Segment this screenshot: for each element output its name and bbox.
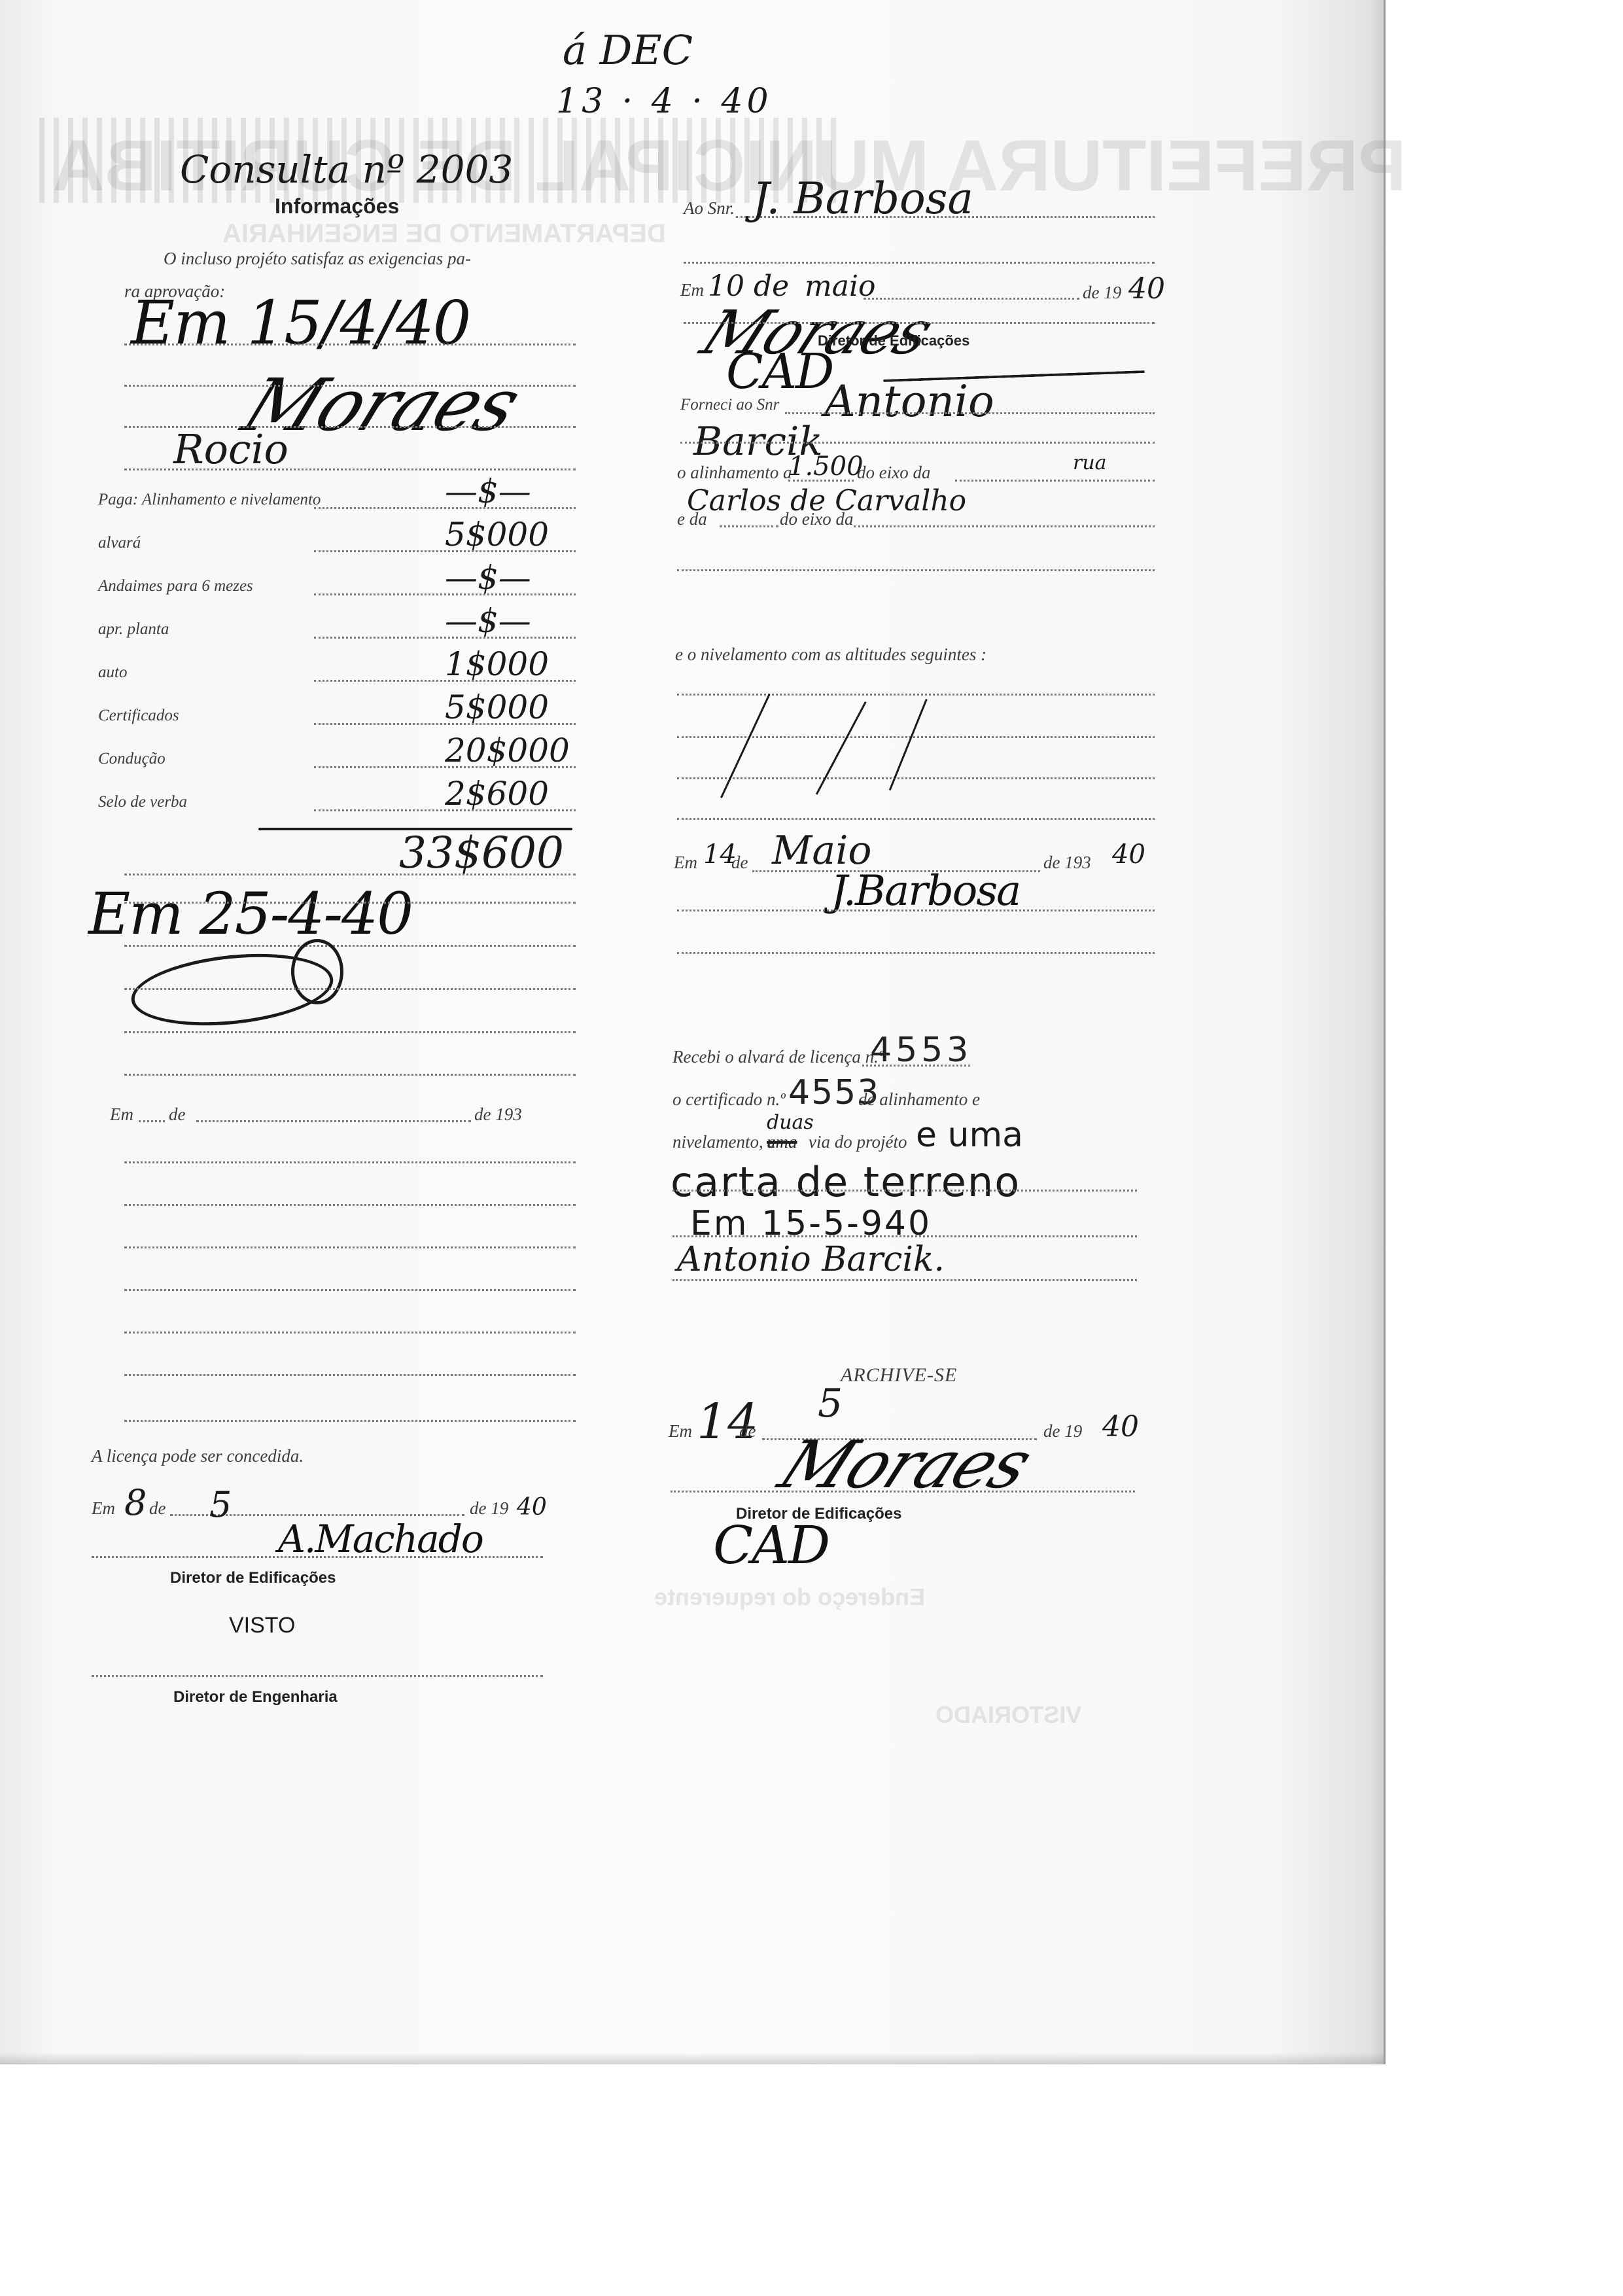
dotted-line xyxy=(720,525,778,527)
dotted-line xyxy=(862,1065,970,1067)
dotted-line xyxy=(124,1374,576,1376)
fee-label: alvará xyxy=(98,534,141,552)
fee-value: 2$600 xyxy=(445,775,549,813)
em-year: 40 xyxy=(1128,272,1165,306)
dotted-line xyxy=(124,945,576,947)
dotted-line xyxy=(139,1120,165,1122)
nivelamento-text: e o nivelamento com as altitudes seguint… xyxy=(675,645,986,665)
fee-label: apr. planta xyxy=(98,620,169,639)
em-de: de 19 xyxy=(1083,283,1121,303)
dotted-line xyxy=(684,322,1155,324)
alinhamento-label: o alinhamento a xyxy=(677,463,792,483)
forneci-value-1: Antonio xyxy=(824,376,994,427)
fee-value: —$— xyxy=(445,602,531,640)
receipt-line6-hand: Antonio Barcik. xyxy=(677,1240,945,1279)
signature-rocio: Rocio xyxy=(173,425,288,473)
receipt-line4-hand: carta de terreno xyxy=(671,1158,1021,1206)
archive-date-year: 40 xyxy=(1102,1410,1139,1443)
dotted-line xyxy=(854,525,1155,527)
dotted-line xyxy=(124,1074,576,1076)
receipt-line5-hand: Em 15-5-940 xyxy=(690,1204,932,1243)
date2-de1: de xyxy=(731,853,748,873)
dotted-line xyxy=(124,1246,576,1248)
dotted-line xyxy=(124,1031,576,1033)
licenca-date-em: Em xyxy=(92,1498,115,1519)
fee-label: Certificados xyxy=(98,707,179,725)
dotted-line xyxy=(684,262,1155,264)
visto-label: VISTO xyxy=(229,1613,295,1638)
scanned-form-page: PREFEITURA MUNICIPAL DE CURITIBA DEPARTA… xyxy=(0,0,1386,2064)
fee-value: 5$000 xyxy=(445,688,549,726)
date2-de2: de 193 xyxy=(1043,853,1091,873)
dotted-line xyxy=(196,1120,471,1122)
date2-em: Em xyxy=(674,853,697,873)
receipt-line2-label: o certificado n.º xyxy=(672,1089,786,1110)
receipt-line3-inserted: duas xyxy=(767,1111,814,1134)
fee-label: Condução xyxy=(98,750,166,768)
slash-mark xyxy=(720,694,771,798)
dotted-line xyxy=(672,1235,1137,1237)
dotted-line xyxy=(92,1675,543,1677)
dotted-line xyxy=(672,1279,1137,1281)
consulta-number: Consulta nº 2003 xyxy=(180,147,513,192)
licenca-date-de2: de 19 xyxy=(470,1498,508,1519)
top-note-line2: 13 · 4 · 40 xyxy=(556,82,773,121)
dotted-line xyxy=(124,1161,576,1163)
archive-date-de2: de 19 xyxy=(1043,1421,1082,1441)
archive-date-de1: de xyxy=(739,1421,756,1441)
paraph-loop xyxy=(291,939,343,1004)
receipt-line1-value: 4553 xyxy=(870,1031,972,1070)
handwritten-date-1: Em 15/4/40 xyxy=(131,288,470,358)
archive-label: ARCHIVE-SE xyxy=(841,1364,957,1386)
fee-value: 5$000 xyxy=(445,516,549,554)
archive-date-em: Em xyxy=(669,1421,692,1441)
dotted-line xyxy=(124,1204,576,1206)
ao-snr-value: J. Barbosa xyxy=(752,173,973,224)
director-edificacoes-label: Diretor de Edificações xyxy=(170,1569,336,1587)
intro-line-1: O incluso projéto satisfaz as exigencias… xyxy=(164,249,471,269)
fee-value: —$— xyxy=(445,472,531,510)
dotted-line xyxy=(124,1420,576,1422)
dotted-line xyxy=(677,569,1155,571)
slash-mark xyxy=(816,701,867,795)
dotted-line xyxy=(124,988,576,990)
ao-snr-label: Ao Snr. xyxy=(684,198,735,219)
licenca-date-month: 5 xyxy=(209,1484,232,1525)
dotted-line xyxy=(124,902,576,904)
fee-label: auto xyxy=(98,663,127,682)
dotted-line xyxy=(92,1556,543,1558)
fee-label: Paga: Alinhamento e nivelamento xyxy=(98,491,321,509)
ghost-subheader-text: DEPARTAMENTO DE ENGENHARIA xyxy=(222,219,666,249)
licenca-signature: A.Machado xyxy=(278,1517,483,1561)
forneci-label: Forneci ao Snr xyxy=(680,396,779,414)
dotted-line xyxy=(671,1491,1135,1492)
fee-label: Selo de verba xyxy=(98,793,187,811)
licenca-date-de1: de xyxy=(149,1498,166,1519)
fee-label: Andaimes para 6 mezes xyxy=(98,577,253,595)
alinhamento-value: 1.500 xyxy=(788,451,864,482)
signature-barbosa: J.Barbosa xyxy=(831,867,1020,915)
dotted-line xyxy=(677,777,1155,779)
receipt-line3-hand: e uma xyxy=(916,1116,1023,1155)
licenca-date-day: 8 xyxy=(124,1482,147,1523)
dotted-line xyxy=(677,952,1155,954)
ghost-bottom-text-2: VISTORIADO xyxy=(935,1701,1081,1729)
fee-value: —$— xyxy=(445,559,531,597)
dotted-line xyxy=(124,385,576,387)
receipt-line3-suffix: via do projéto xyxy=(809,1132,907,1152)
director-engenharia-label: Diretor de Engenharia xyxy=(173,1688,338,1706)
fee-value: 1$000 xyxy=(445,645,549,683)
em-blank-de1: de xyxy=(169,1104,185,1125)
dotted-line xyxy=(124,468,576,470)
dotted-line xyxy=(672,1190,1137,1192)
dotted-line xyxy=(124,1289,576,1291)
licenca-date-year: 40 xyxy=(517,1494,547,1521)
receipt-line3-prefix: nivelamento, e xyxy=(672,1132,775,1152)
section-title-informacoes: Informações xyxy=(275,194,399,219)
dotted-line xyxy=(677,910,1155,911)
dotted-line xyxy=(677,818,1155,820)
dotted-line xyxy=(785,412,1155,414)
dotted-line xyxy=(124,874,576,875)
e-da-label: e da xyxy=(677,509,707,529)
do-eixo-value: rua xyxy=(1073,451,1107,474)
em-label: Em xyxy=(680,280,704,300)
dotted-line xyxy=(677,694,1155,696)
em-blank-em: Em xyxy=(110,1104,133,1125)
dotted-line xyxy=(124,1332,576,1333)
receipt-line3-struck: uma xyxy=(767,1132,797,1152)
top-note-line1: á DEC xyxy=(563,26,693,74)
ghost-bottom-text-1: Endereço do requerente xyxy=(654,1583,925,1611)
handwritten-date-2: Em 25-4-40 xyxy=(88,880,412,947)
do-eixo-da-label-2: do eixo da xyxy=(780,509,853,529)
receipt-line2-suffix: de alinhamento e xyxy=(858,1089,980,1110)
dotted-line xyxy=(124,344,576,345)
dotted-line xyxy=(788,480,854,482)
em-blank-de2: de 193 xyxy=(474,1104,522,1125)
dotted-line xyxy=(680,442,1155,444)
licenca-text: A licença pode ser concedida. xyxy=(92,1446,304,1466)
archive-date-month: 5 xyxy=(818,1381,843,1426)
date2-year: 40 xyxy=(1112,839,1145,870)
do-eixo-da-label: do eixo da xyxy=(857,463,930,483)
initials-right-1: CAD xyxy=(726,344,833,400)
fees-total: 33$600 xyxy=(399,828,564,878)
director-label-right-1: Diretor de Edificações xyxy=(818,332,969,349)
initials-right-2: CAD xyxy=(713,1515,829,1576)
receipt-line1-label: Recebi o alvará de licença n.º xyxy=(672,1047,884,1067)
dotted-line xyxy=(955,480,1155,482)
fee-value: 20$000 xyxy=(445,732,570,769)
